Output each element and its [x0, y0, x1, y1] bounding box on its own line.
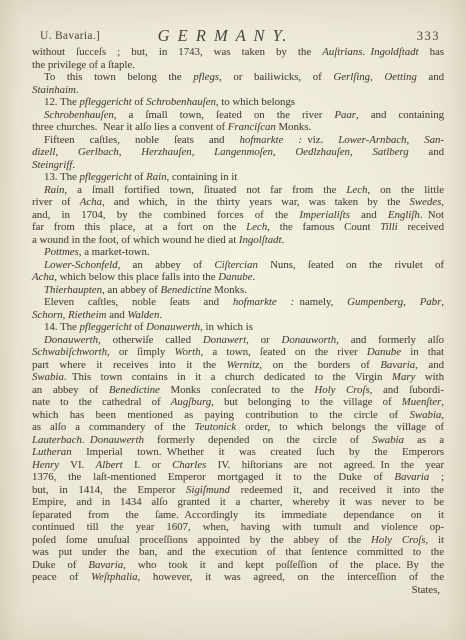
text-line: Rain, a ſmall fortified town, ſituated n…: [32, 184, 444, 197]
page-number: 333: [417, 29, 440, 44]
text-line: poſed ſome unuſual proceſſions appointed…: [32, 534, 444, 547]
text-line: To this town belong the pflegs, or baili…: [32, 71, 444, 84]
text-line: without ſucceſs ; but, in 1743, was take…: [32, 46, 444, 59]
text-line: Acha, which below this place falls into …: [32, 271, 444, 284]
text-line: Donauwerth, otherwiſe called Donawert, o…: [32, 334, 444, 347]
text-line: Swabia. This town contains in it a churc…: [32, 371, 444, 384]
text-line: an abbey of Benedictine Monks conſecrate…: [32, 384, 444, 397]
text-line: Schrobenhauſen, a ſmall town, ſeated on …: [32, 109, 444, 122]
text-line: was put under the ban, and the execution…: [32, 546, 444, 559]
text-line: ſeparated from the ſame. Accordingly its…: [32, 509, 444, 522]
text-line: Empire, and in 1434 alſo granted it a ch…: [32, 496, 444, 509]
text-line: dizell, Gerlbach, Herzhauſen, Langenmoſe…: [32, 146, 444, 159]
text-line: and, in 1704, by the combined forces of …: [32, 209, 444, 222]
text-line: Thierhaupten, an abbey of Benedictine Mo…: [32, 284, 444, 297]
text-line: Steingriff.: [32, 159, 444, 172]
text-line: far from this place, at a fort on the Le…: [32, 221, 444, 234]
running-head: U. Bavaria.] G E R M A N Y. 333: [0, 26, 466, 48]
text-line: Schwabiſchworth, or ſimply Worth, a town…: [32, 346, 444, 359]
text-line: nate to the cathedral of Augſburg, but b…: [32, 396, 444, 409]
text-line: Henry VI. Albert I. or Charles IV. hiſto…: [32, 459, 444, 472]
text-line: Stainhaim.: [32, 84, 444, 97]
text-line: as alſo a commandery of the Teutonick or…: [32, 421, 444, 434]
text-line: river of Acha, and which, in the thirty …: [32, 196, 444, 209]
text-line: States,: [32, 584, 444, 597]
page-body: without ſucceſs ; but, in 1743, was take…: [32, 46, 444, 596]
text-line: continued till the year 1607, when, havi…: [32, 521, 444, 534]
text-line: but, in 1414, the Emperor Sigiſmund rede…: [32, 484, 444, 497]
running-head-title: G E R M A N Y.: [0, 26, 456, 46]
text-line: 14. The pfleggericht of Donauwerth, in w…: [32, 321, 444, 334]
text-line: three churches. Near it alſo lies a conv…: [32, 121, 444, 134]
text-line: Pottmes, a market-town.: [32, 246, 444, 259]
text-line: a wound in the foot, of which wound he d…: [32, 234, 444, 247]
text-line: 1376, the laſt-mentioned Emperor mortgag…: [32, 471, 444, 484]
text-line: Fifteen caſtles, noble ſeats and hofmark…: [32, 134, 444, 147]
text-line: 13. The pfleggericht of Rain, containing…: [32, 171, 444, 184]
text-line: part where it receives into it the Werni…: [32, 359, 444, 372]
text-line: the privilege of a ſtaple.: [32, 59, 444, 72]
text-line: peace of Weſtphalia, however, it was agr…: [32, 571, 444, 584]
text-line: Duke of Bavaria, who took it and kept po…: [32, 559, 444, 572]
text-line: Schorn, Rietheim and Walden.: [32, 309, 444, 322]
book-page: U. Bavaria.] G E R M A N Y. 333 without …: [0, 0, 466, 640]
text-line: Eleven caſtles, noble ſeats and hofmarkt…: [32, 296, 444, 309]
text-line: 12. The pfleggericht of Schrobenhauſen, …: [32, 96, 444, 109]
text-line: Lauterbach. Donauwerth formerly depended…: [32, 434, 444, 447]
text-line: Lutheran Imperial town. Whether it was c…: [32, 446, 444, 459]
text-line: Lower-Schonfeld, an abbey of Ciſtercian …: [32, 259, 444, 272]
text-line: which has been mentioned as paying contr…: [32, 409, 444, 422]
